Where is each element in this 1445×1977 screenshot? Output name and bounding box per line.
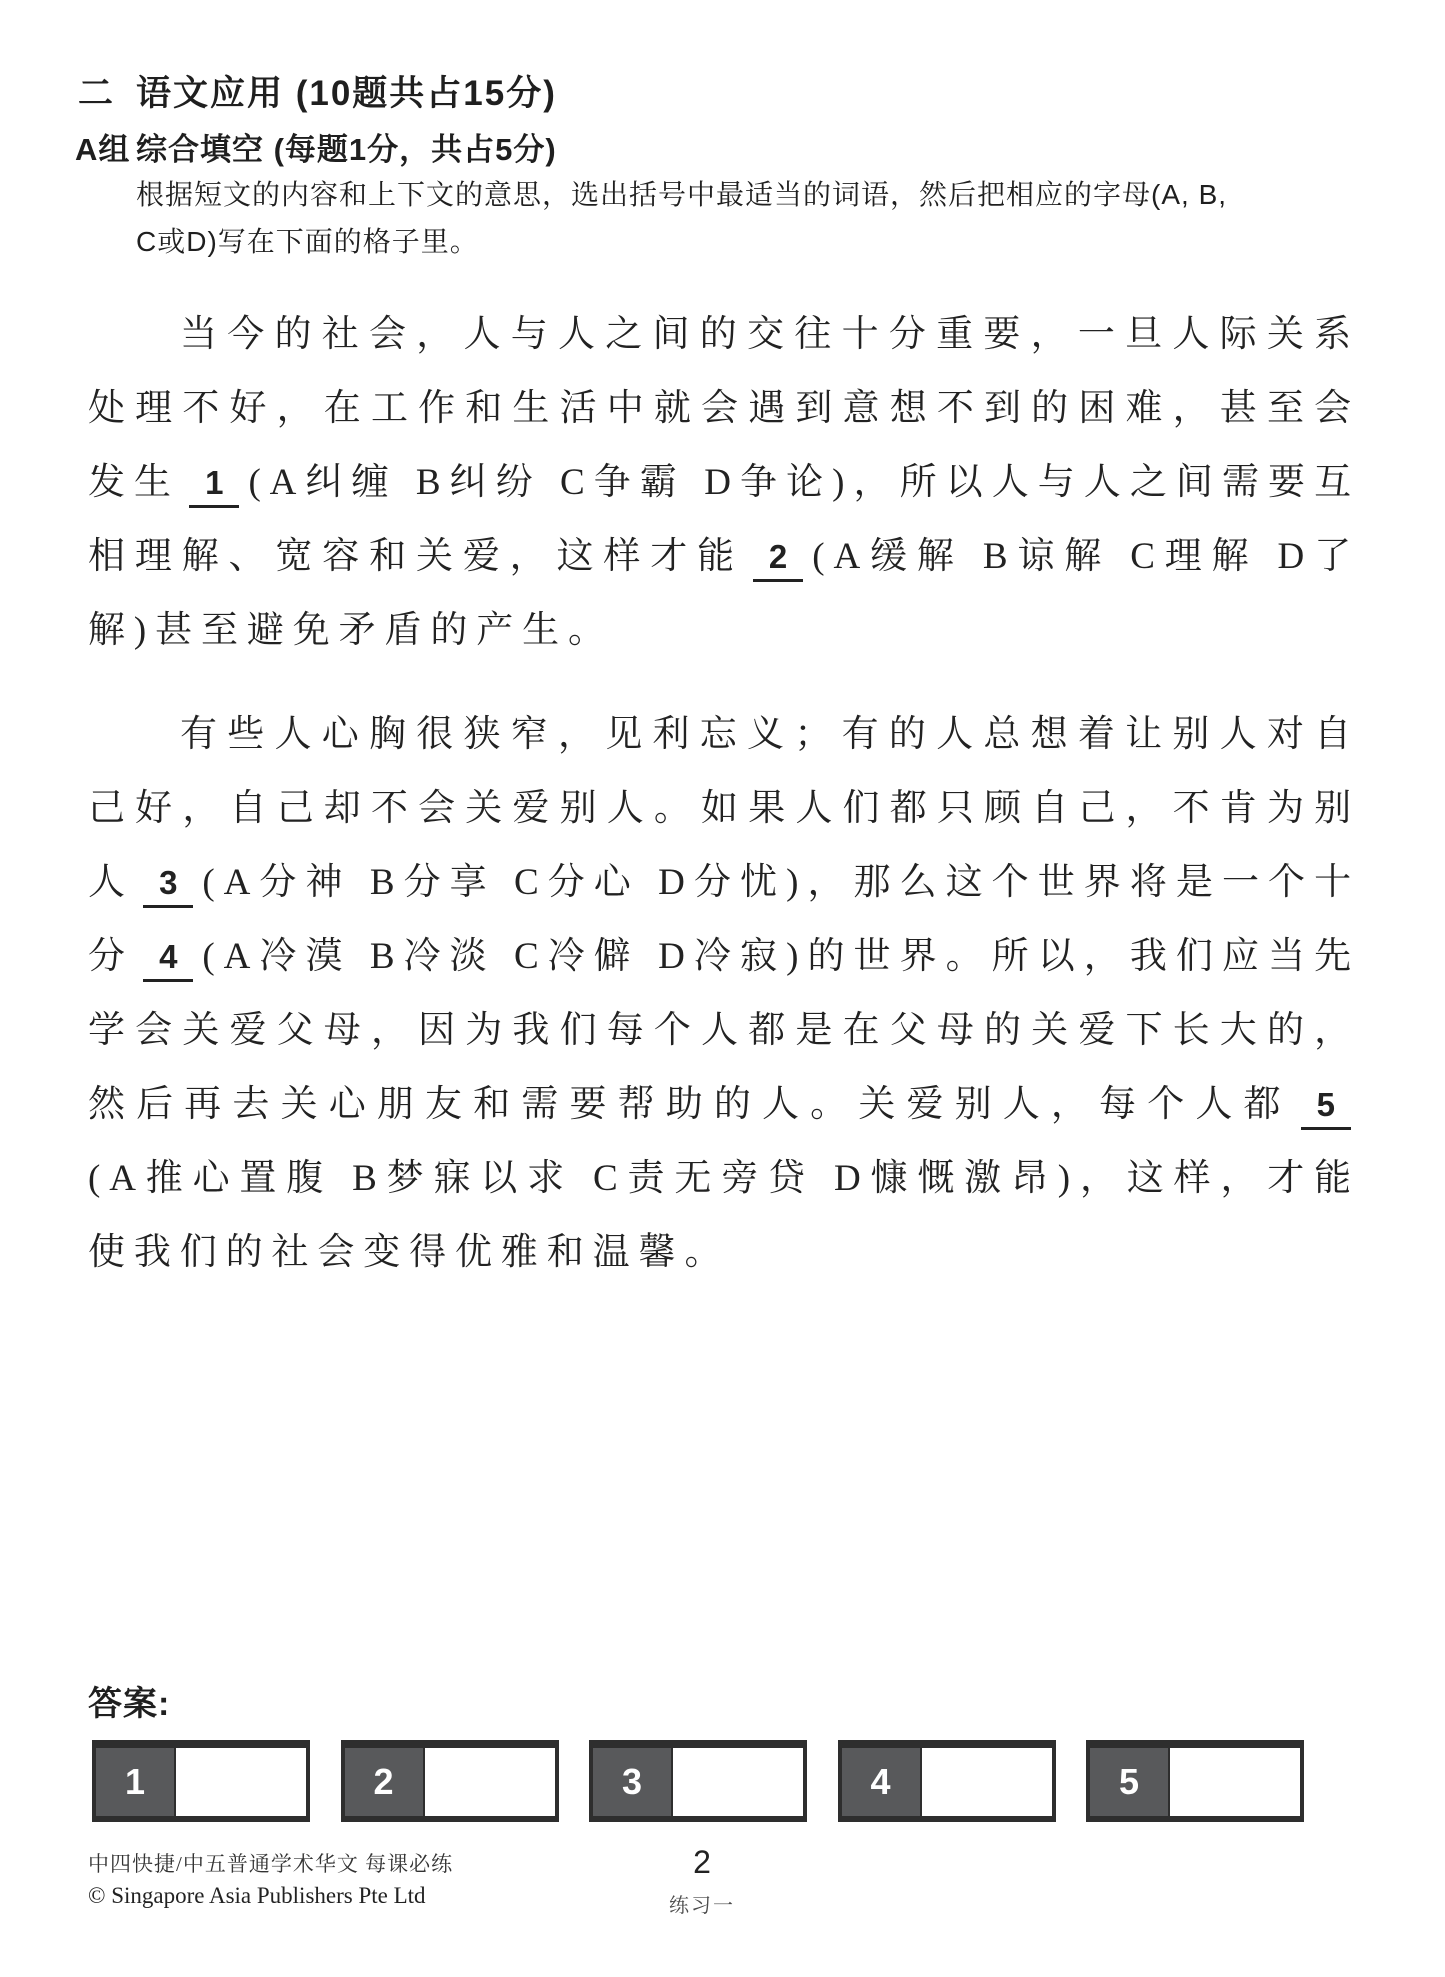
instructions: 根据短文的内容和上下文的意思，选出括号中最适当的词语，然后把相应的字母(A, B…: [136, 171, 1326, 265]
instructions-line-2: C或D)写在下面的格子里。: [136, 218, 1326, 265]
answer-box-3: 3: [589, 1740, 807, 1822]
answer-box-2: 2: [341, 1740, 559, 1822]
cloze-passage: 当今的社会，人与人之间的交往十分重要，一旦人际关系处理不好，在工作和生活中就会遇…: [88, 298, 1360, 1290]
answer-box-number: 5: [1090, 1748, 1170, 1816]
exercise-label: 练习一: [612, 1889, 792, 1918]
group-heading: A组 综合填空 (每题1分，共占5分): [75, 124, 557, 169]
answer-box-input-5[interactable]: [1170, 1748, 1300, 1816]
cloze-blank-2: 2: [753, 537, 803, 582]
instructions-line-1: 根据短文的内容和上下文的意思，选出括号中最适当的词语，然后把相应的字母(A, B…: [136, 171, 1326, 218]
worksheet-page: 二 语文应用 (10题共占15分) A组 综合填空 (每题1分，共占5分) 根据…: [0, 0, 1445, 1977]
answer-box-5: 5: [1086, 1740, 1304, 1822]
answer-grid: 1 2 3 4 5: [92, 1740, 1304, 1822]
section-title: 语文应用 (10题共占15分): [136, 66, 557, 116]
passage-text: (A冷漠 B冷淡 C冷僻 D冷寂)的世界。所以，我们应当先学会关爱父母，因为我们…: [88, 936, 1360, 1125]
group-title: 综合填空 (每题1分，共占5分): [136, 124, 557, 169]
answer-box-input-1[interactable]: [176, 1748, 306, 1816]
page-number: 2: [612, 1844, 792, 1881]
passage-paragraph-1: 当今的社会，人与人之间的交往十分重要，一旦人际关系处理不好，在工作和生活中就会遇…: [88, 298, 1360, 668]
answer-box-input-4[interactable]: [922, 1748, 1052, 1816]
passage-text: (A推心置腹 B梦寐以求 C责无旁贷 D慷慨激昂)，这样，才能使我们的社会变得优…: [88, 1158, 1360, 1273]
cloze-blank-1: 1: [189, 463, 239, 508]
answer-box-number: 2: [345, 1748, 425, 1816]
group-label: A组: [75, 124, 136, 169]
passage-paragraph-2: 有些人心胸很狭窄，见利忘义；有的人总想着让别人对自己好，自己却不会关爱别人。如果…: [88, 698, 1360, 1290]
section-number: 二: [78, 66, 136, 116]
cloze-blank-5: 5: [1301, 1085, 1351, 1130]
cloze-blank-3: 3: [143, 863, 193, 908]
answer-box-number: 3: [593, 1748, 673, 1816]
answer-box-number: 1: [96, 1748, 176, 1816]
footer-copyright: © Singapore Asia Publishers Pte Ltd: [88, 1883, 453, 1909]
answer-box-1: 1: [92, 1740, 310, 1822]
page-number-block: 2 练习一: [612, 1844, 792, 1918]
cloze-blank-4: 4: [143, 937, 193, 982]
section-heading: 二 语文应用 (10题共占15分): [78, 66, 557, 116]
answers-label: 答案:: [88, 1676, 170, 1725]
answer-box-number: 4: [842, 1748, 922, 1816]
footer-series-title: 中四快捷/中五普通学术华文 每课必练: [88, 1848, 453, 1878]
answer-box-input-2[interactable]: [425, 1748, 555, 1816]
answer-box-input-3[interactable]: [673, 1748, 803, 1816]
footer: 中四快捷/中五普通学术华文 每课必练 © Singapore Asia Publ…: [88, 1848, 453, 1909]
answer-box-4: 4: [838, 1740, 1056, 1822]
